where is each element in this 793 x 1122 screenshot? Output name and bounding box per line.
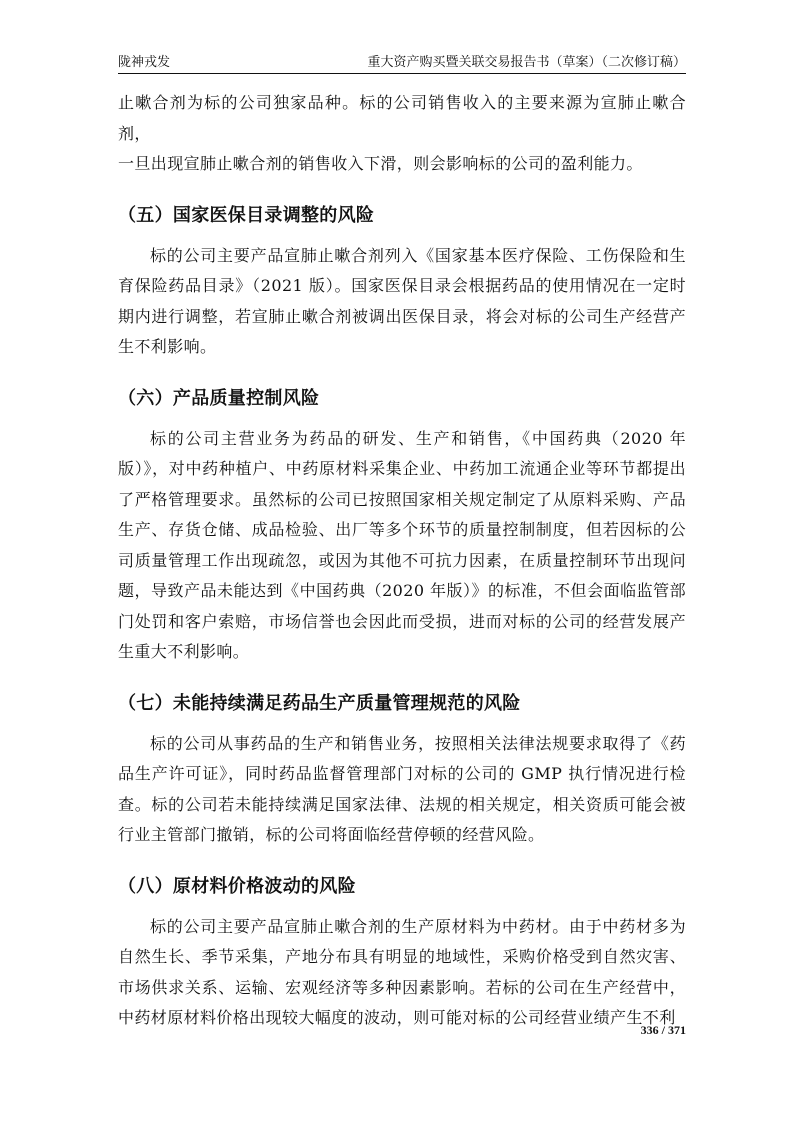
header-company: 陇神戎发 <box>118 54 170 71</box>
intro-line-2: 一旦出现宣肺止嗽合剂的销售收入下滑，则会影响标的公司的盈利能力。 <box>118 149 686 180</box>
section-5-body: 标的公司主要产品宣肺止嗽合剂列入《国家基本医疗保险、工伤保险和生育保险药品目录》… <box>118 241 686 363</box>
section-8-title: （八）原材料价格波动的风险 <box>118 875 686 899</box>
section-6-body: 标的公司主营业务为药品的研发、生产和销售，《中国药典（2020 年版）》，对中药… <box>118 424 686 668</box>
header-document-title: 重大资产购买暨关联交易报告书（草案）（二次修订稿） <box>367 54 686 71</box>
section-6-title: （六）产品质量控制风险 <box>118 387 686 411</box>
page-content: 止嗽合剂为标的公司独家品种。标的公司销售收入的主要来源为宣肺止嗽合剂， 一旦出现… <box>118 88 686 1034</box>
section-8-body: 标的公司主要产品宣肺止嗽合剂的生产原材料为中药材。由于中药材多为自然生长、季节采… <box>118 912 686 1034</box>
section-5-title: （五）国家医保目录调整的风险 <box>118 204 686 228</box>
section-7-body: 标的公司从事药品的生产和销售业务，按照相关法律法规要求取得了《药品生产许可证》，… <box>118 729 686 851</box>
page-header: 陇神戎发 重大资产购买暨关联交易报告书（草案）（二次修订稿） <box>118 54 686 74</box>
page-number: 336 / 371 <box>641 1023 686 1038</box>
intro-line-1: 止嗽合剂为标的公司独家品种。标的公司销售收入的主要来源为宣肺止嗽合剂， <box>118 88 686 149</box>
section-7-title: （七）未能持续满足药品生产质量管理规范的风险 <box>118 692 686 716</box>
